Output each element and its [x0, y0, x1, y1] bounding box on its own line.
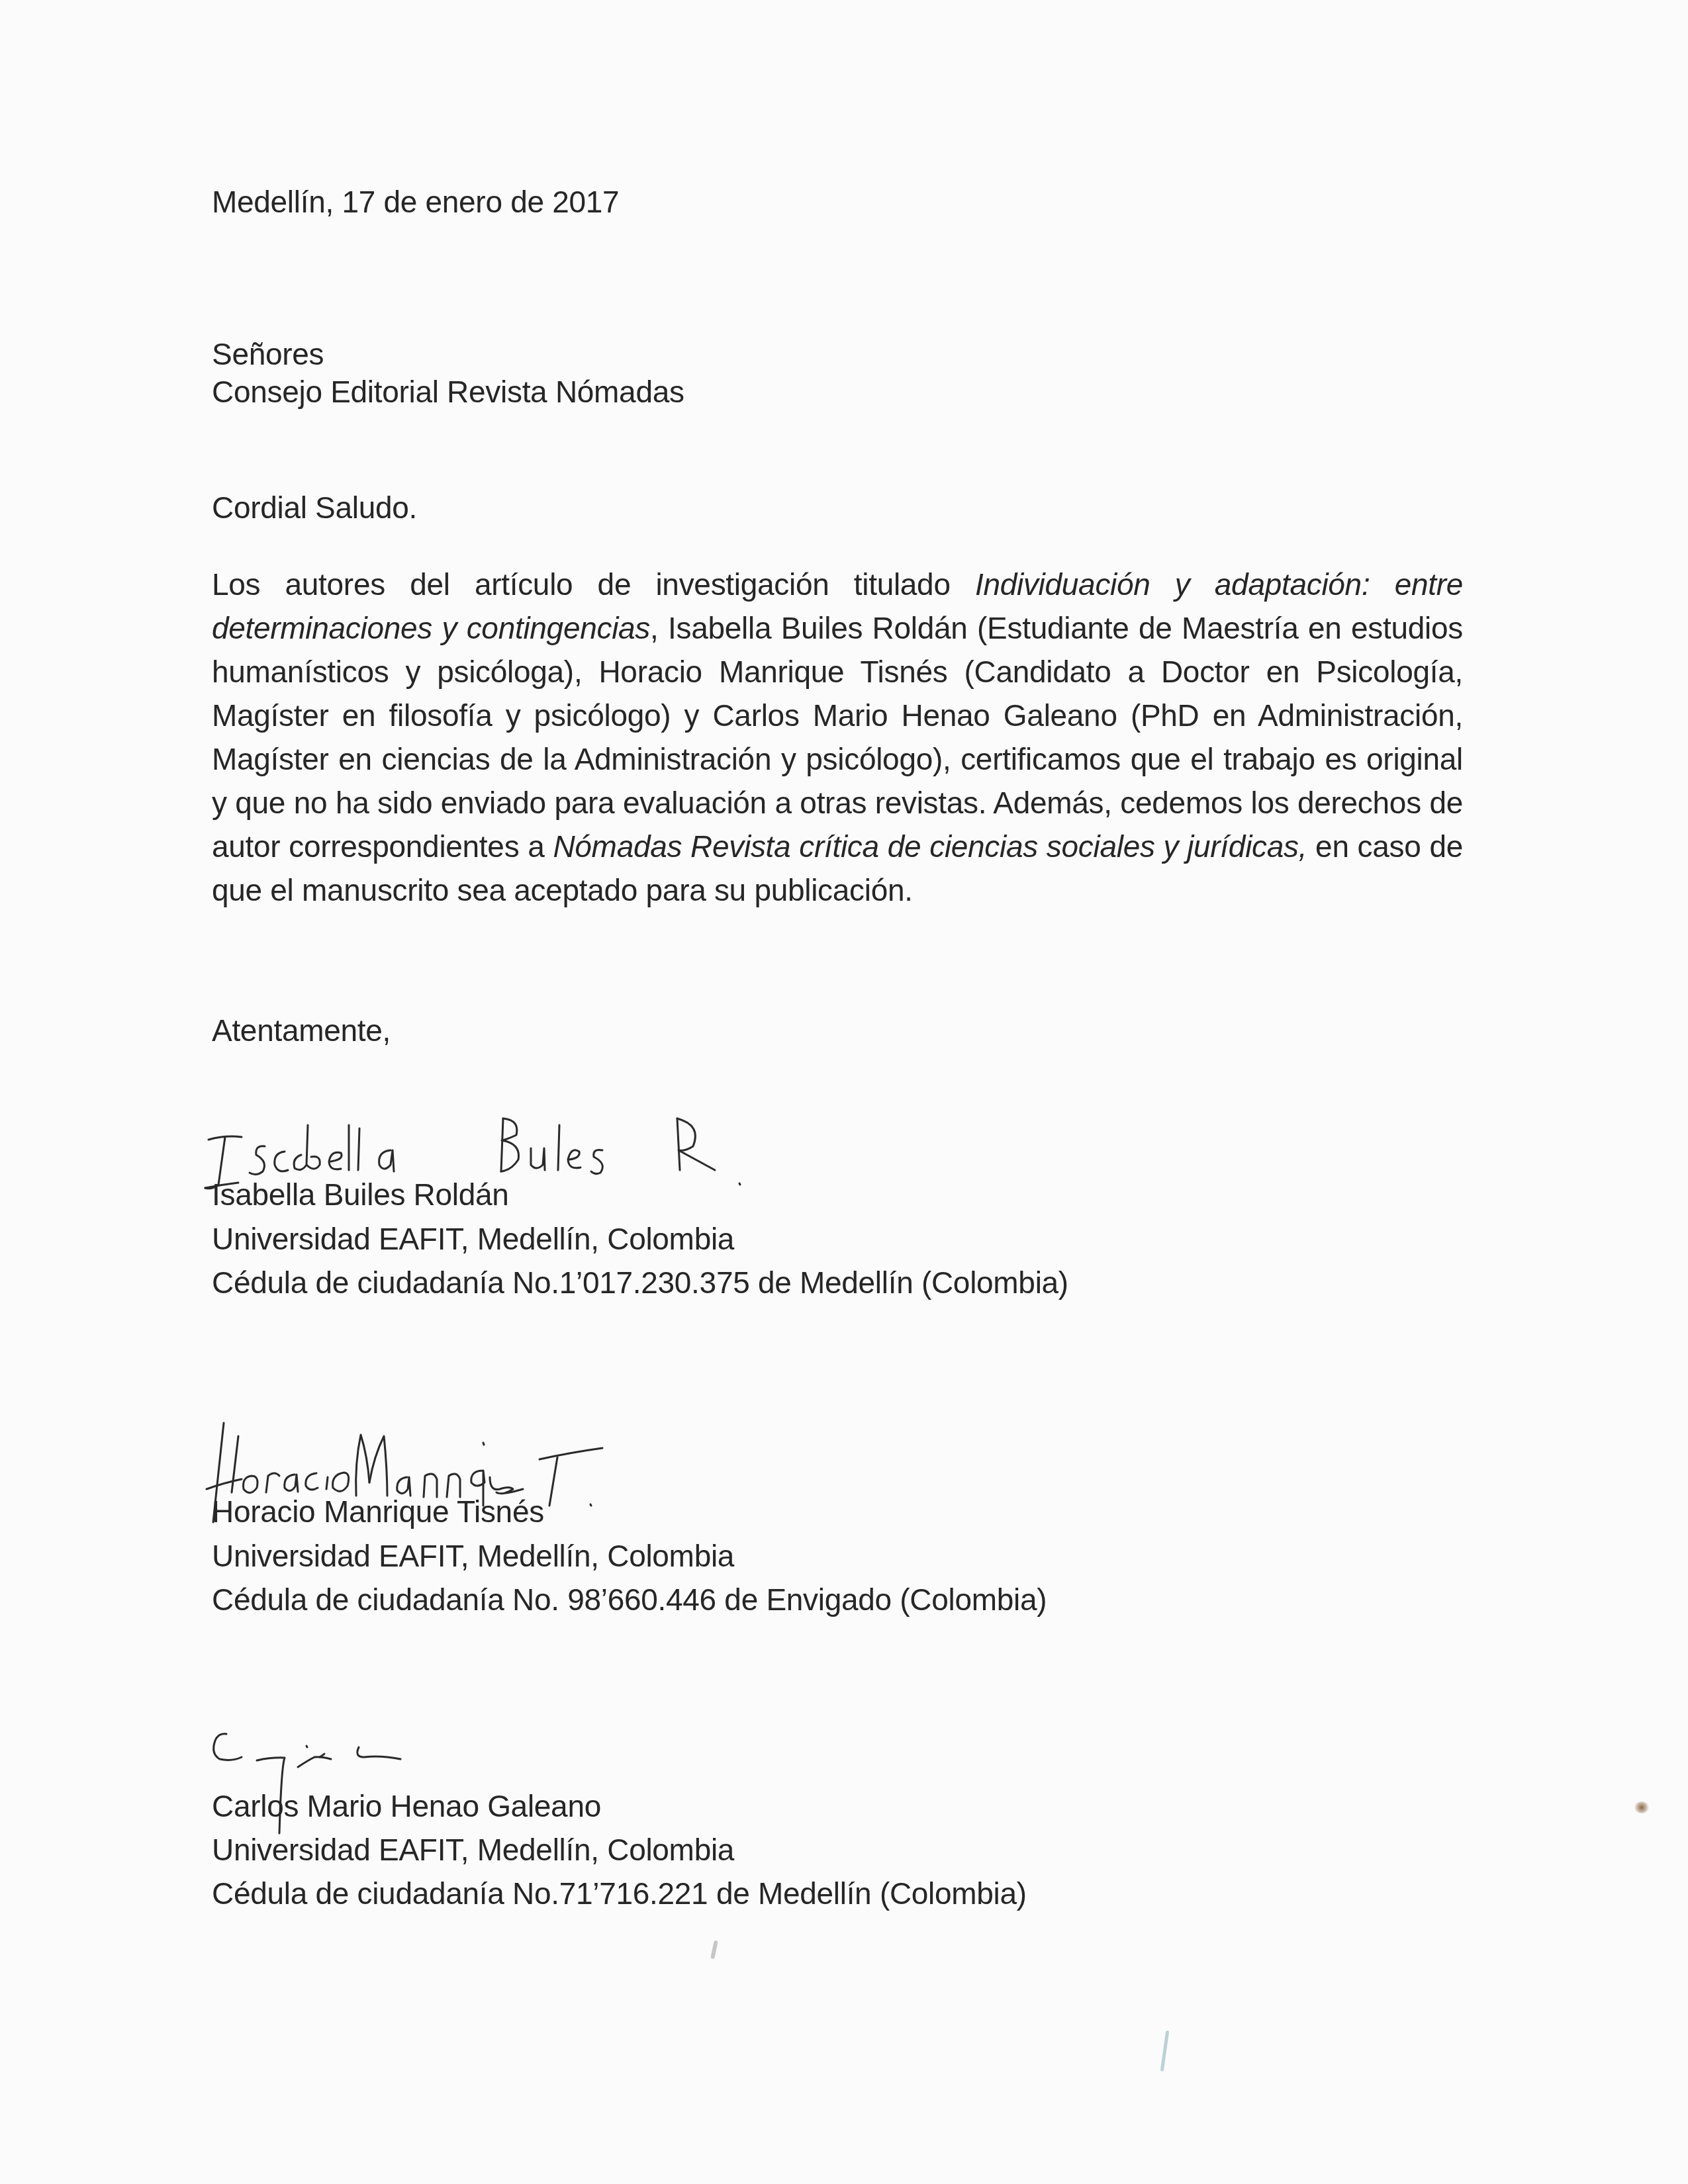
signatory-affiliation: Universidad EAFIT, Medellín, Colombia — [212, 1831, 734, 1869]
closing: Atentamente, — [212, 1012, 391, 1050]
scan-mark — [1160, 2030, 1170, 2071]
recipient-title: Señores — [212, 336, 324, 373]
signatory-name: Horacio Manrique Tisnés — [212, 1493, 544, 1531]
body-text: Los autores del artículo de investigació… — [212, 567, 975, 602]
recipient-organization: Consejo Editorial Revista Nómadas — [212, 373, 684, 411]
journal-name: Nómadas Revista crítica de ciencias soci… — [553, 829, 1307, 864]
body-paragraph: Los autores del artículo de investigació… — [212, 563, 1463, 912]
signature-carlos — [205, 1727, 602, 1846]
signatory-affiliation: Universidad EAFIT, Medellín, Colombia — [212, 1537, 734, 1575]
signatory-name: Carlos Mario Henao Galeano — [212, 1788, 601, 1825]
greeting: Cordial Saludo. — [212, 489, 417, 527]
signatory-id: Cédula de ciudadanía No.71’716.221 de Me… — [212, 1875, 1027, 1913]
date-line: Medellín, 17 de enero de 2017 — [212, 183, 619, 221]
signatory-id: Cédula de ciudadanía No.1’017.230.375 de… — [212, 1264, 1068, 1302]
signatory-id: Cédula de ciudadanía No. 98’660.446 de E… — [212, 1581, 1047, 1619]
letter-page: Medellín, 17 de enero de 2017 Señores Co… — [0, 0, 1688, 2184]
scan-mark — [710, 1940, 718, 1960]
scan-speck — [1634, 1801, 1650, 1813]
body-text: , Isabella Builes Roldán (Estudiante de … — [212, 611, 1463, 864]
signatory-affiliation: Universidad EAFIT, Medellín, Colombia — [212, 1220, 734, 1258]
signatory-name: Isabella Builes Roldán — [212, 1176, 509, 1214]
